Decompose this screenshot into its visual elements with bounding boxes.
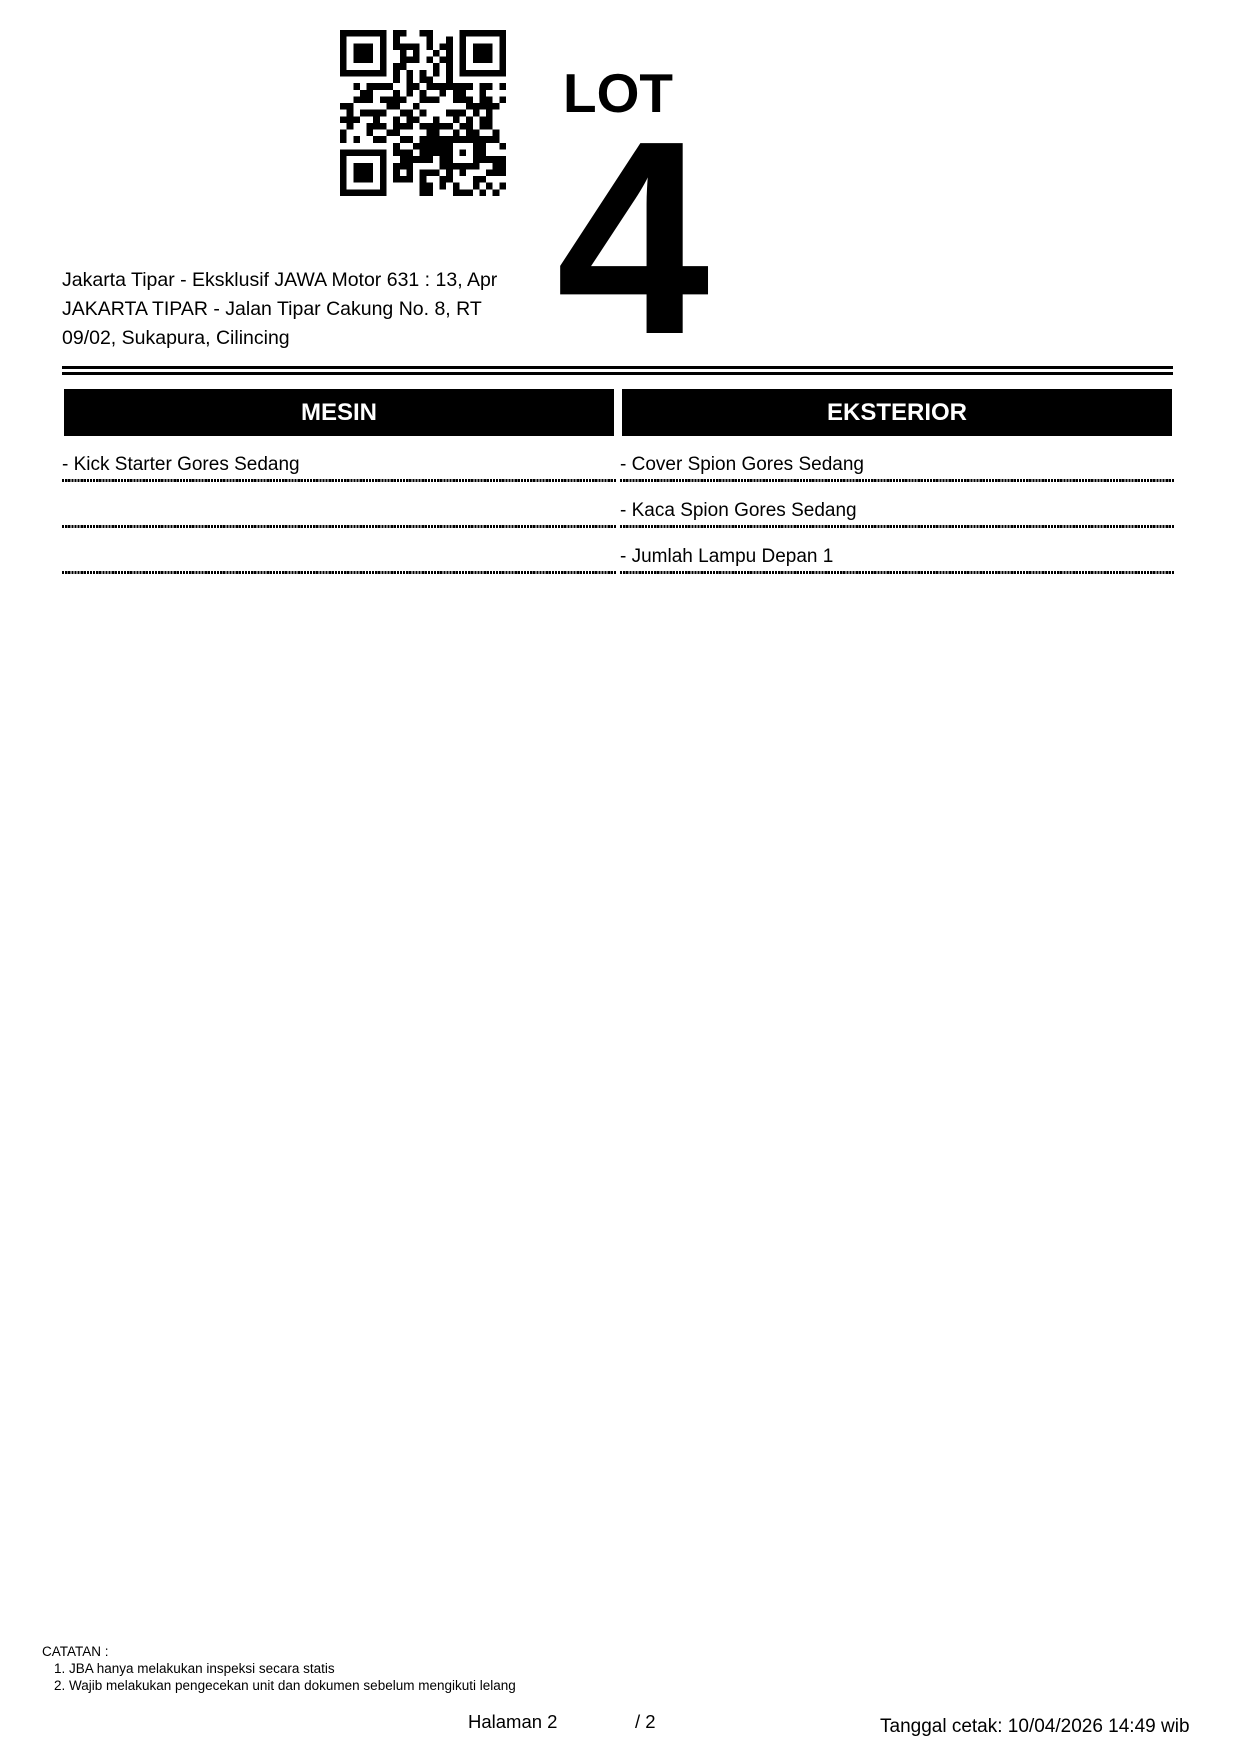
auction-address: Jakarta Tipar - Eksklusif JAWA Motor 631… — [62, 266, 552, 353]
address-line: 09/02, Sukapura, Cilincing — [62, 324, 552, 353]
address-line: Jakarta Tipar - Eksklusif JAWA Motor 631… — [62, 266, 552, 295]
notes: CATATAN : JBA hanya melakukan inspeksi s… — [42, 1643, 516, 1694]
page-number: Halaman 2 — [468, 1711, 557, 1733]
item-text: - Kick Starter Gores Sedang — [62, 454, 300, 476]
section-eksterior: EKSTERIOR - Cover Spion Gores Sedang - K… — [622, 389, 1172, 436]
list-item — [62, 482, 616, 528]
item-text: - Jumlah Lampu Depan 1 — [620, 546, 833, 568]
qr-code-icon — [340, 30, 506, 196]
print-date: Tanggal cetak: 10/04/2026 14:49 wib — [880, 1716, 1190, 1738]
item-text: - Kaca Spion Gores Sedang — [620, 500, 857, 522]
item-text: - Cover Spion Gores Sedang — [620, 454, 864, 476]
note-item: Wajib melakukan pengecekan unit dan doku… — [69, 1677, 516, 1694]
note-item: JBA hanya melakukan inspeksi secara stat… — [69, 1660, 516, 1677]
page-total: / 2 — [635, 1711, 656, 1733]
section-header-eksterior: EKSTERIOR — [622, 389, 1172, 436]
dotted-divider — [62, 571, 616, 574]
section-mesin: MESIN - Kick Starter Gores Sedang — [64, 389, 614, 436]
list-item: - Kaca Spion Gores Sedang — [620, 482, 1174, 528]
list-item: - Kick Starter Gores Sedang — [62, 436, 616, 482]
lot-number: 4 — [556, 100, 710, 376]
list-item: - Cover Spion Gores Sedang — [620, 436, 1174, 482]
dotted-divider — [620, 571, 1174, 574]
address-line: JAKARTA TIPAR - Jalan Tipar Cakung No. 8… — [62, 295, 552, 324]
list-item — [62, 528, 616, 574]
list-item: - Jumlah Lampu Depan 1 — [620, 528, 1174, 574]
notes-title: CATATAN : — [42, 1643, 516, 1660]
double-divider — [62, 366, 1173, 375]
section-header-mesin: MESIN — [64, 389, 614, 436]
